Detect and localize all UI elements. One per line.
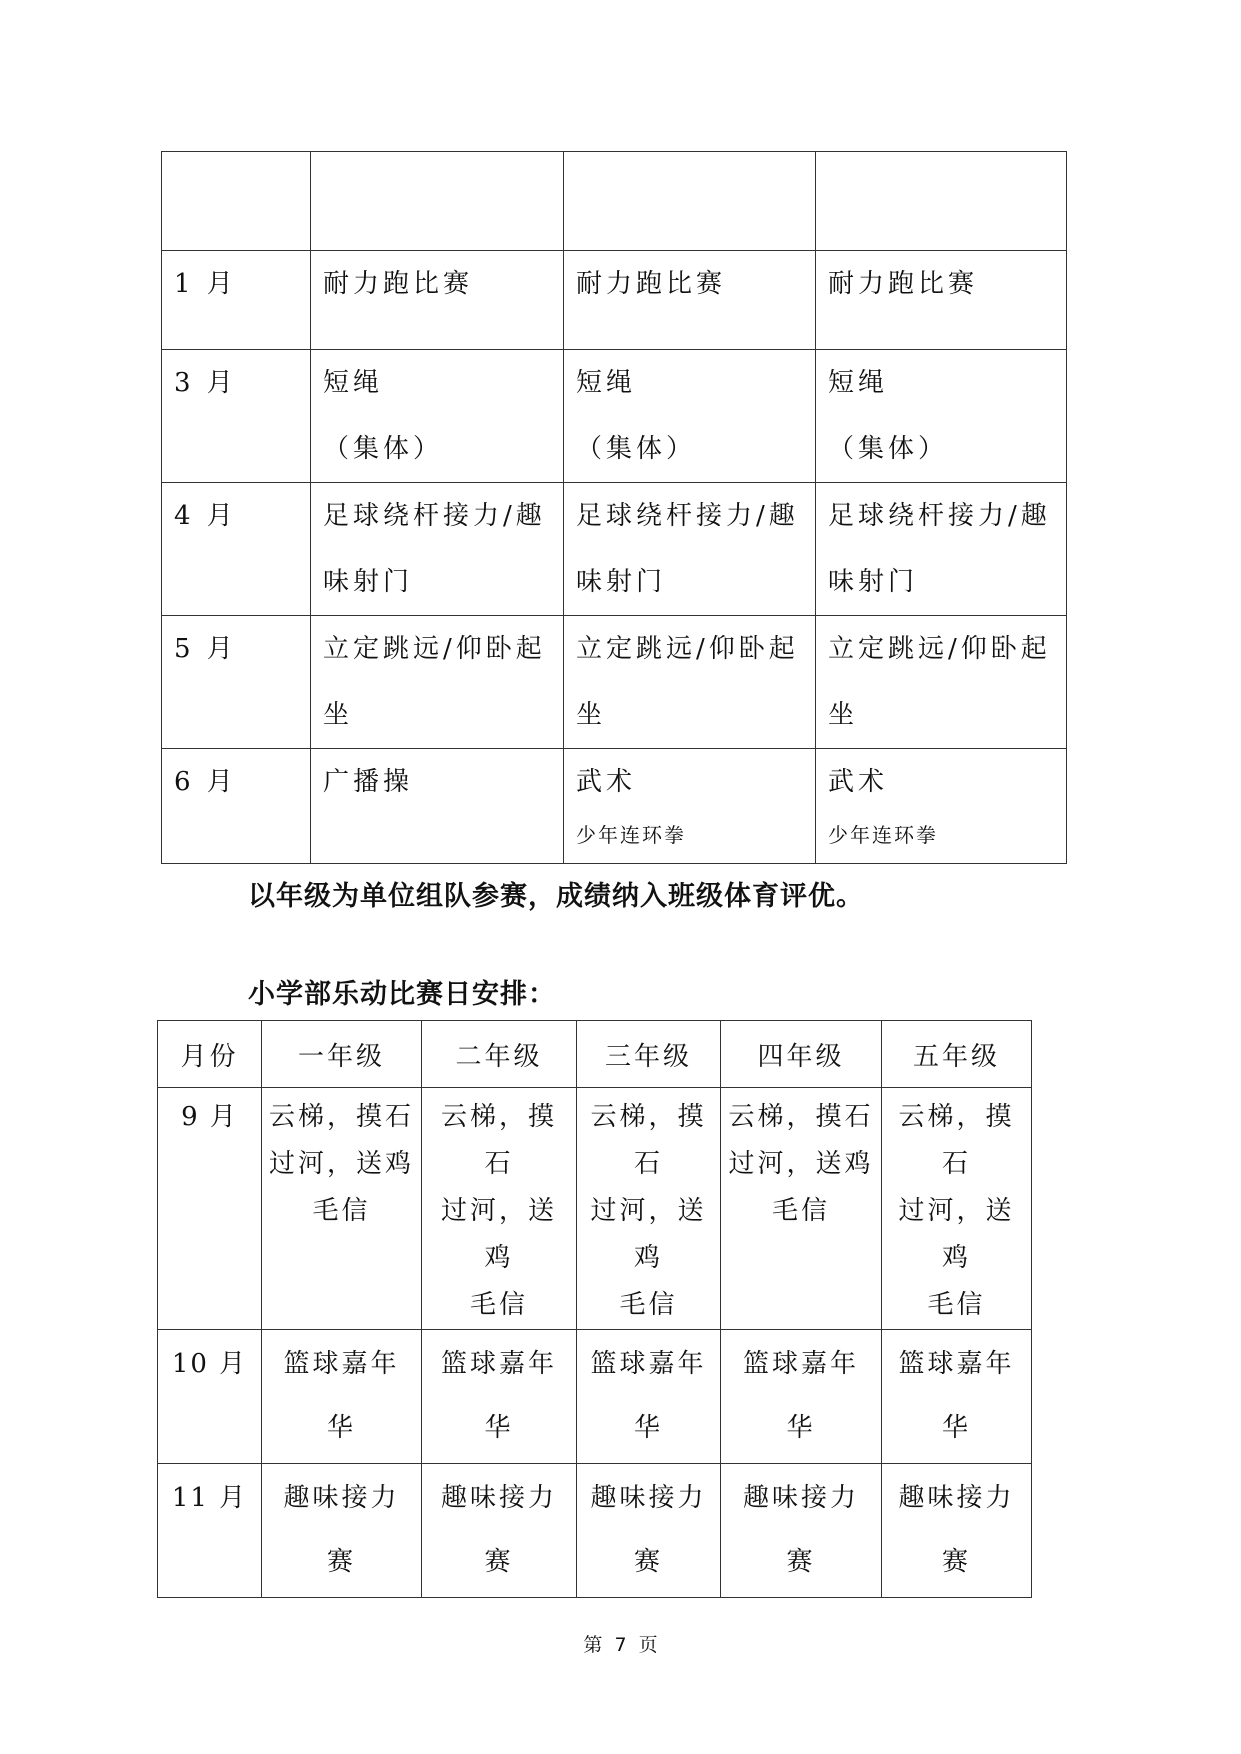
table-row xyxy=(162,152,1067,251)
cell-text: 云梯，摸石 xyxy=(727,1094,875,1141)
cell-text: 武术 xyxy=(576,749,815,815)
cell-text: 趣味接力 xyxy=(583,1466,714,1530)
cell-subtext: 少年连环拳 xyxy=(828,815,1066,855)
cell-text: （集体） xyxy=(323,416,563,482)
cell-text: 味射门 xyxy=(576,549,815,615)
cell-text: 华 xyxy=(268,1396,415,1460)
month-cell: 3 月 xyxy=(162,350,311,483)
cell-text: 味射门 xyxy=(828,549,1066,615)
cell-text: 武术 xyxy=(828,749,1066,815)
table-cell: 足球绕杆接力/趣味射门 xyxy=(564,483,816,616)
cell-text: 立定跳远/仰卧起 xyxy=(323,616,563,682)
cell-text: 云梯，摸石 xyxy=(583,1094,714,1188)
table-cell: 武术少年连环拳 xyxy=(564,749,816,864)
cell-text: 华 xyxy=(888,1396,1025,1460)
table-cell: 篮球嘉年华 xyxy=(262,1330,422,1464)
table-cell xyxy=(564,152,816,251)
page-number: 第 7 页 xyxy=(0,1630,1241,1657)
header-cell: 月份 xyxy=(158,1021,262,1088)
header-cell: 三年级 xyxy=(577,1021,721,1088)
cell-text: 趣味接力 xyxy=(727,1466,875,1530)
table-cell xyxy=(816,152,1067,251)
cell-text: 趣味接力 xyxy=(888,1466,1025,1530)
table-cell: 云梯，摸石过河，送鸡毛信 xyxy=(422,1088,577,1330)
month-cell: 6 月 xyxy=(162,749,311,864)
cell-text: 坐 xyxy=(828,682,1066,748)
table-cell xyxy=(162,152,311,251)
table-cell: 趣味接力赛 xyxy=(577,1464,721,1598)
cell-text: 趣味接力 xyxy=(268,1466,415,1530)
table-cell: 趣味接力赛 xyxy=(882,1464,1032,1598)
cell-text: 毛信 xyxy=(583,1282,714,1329)
cell-text: 足球绕杆接力/趣 xyxy=(576,483,815,549)
table-cell: 篮球嘉年华 xyxy=(422,1330,577,1464)
table-cell: 篮球嘉年华 xyxy=(882,1330,1032,1464)
cell-text: 毛信 xyxy=(268,1188,415,1235)
table-cell: 耐力跑比赛 xyxy=(564,251,816,350)
cell-text: 立定跳远/仰卧起 xyxy=(828,616,1066,682)
header-cell: 四年级 xyxy=(721,1021,882,1088)
table-row: 11 月 趣味接力赛 趣味接力赛 趣味接力赛 趣味接力赛 趣味接力赛 xyxy=(158,1464,1032,1598)
cell-text: 篮球嘉年 xyxy=(428,1332,570,1396)
cell-text: 广播操 xyxy=(323,749,563,815)
table-row: 4 月 足球绕杆接力/趣味射门 足球绕杆接力/趣味射门 足球绕杆接力/趣味射门 xyxy=(162,483,1067,616)
cell-text: 过河，送鸡 xyxy=(428,1188,570,1282)
table-cell: 立定跳远/仰卧起坐 xyxy=(816,616,1067,749)
cell-text: 坐 xyxy=(576,682,815,748)
cell-text: 味射门 xyxy=(323,549,563,615)
month-cell: 11 月 xyxy=(158,1464,262,1598)
cell-text: 云梯，摸石 xyxy=(268,1094,415,1141)
month-cell: 1 月 xyxy=(162,251,311,350)
cell-text: 赛 xyxy=(727,1530,875,1594)
table-cell: 立定跳远/仰卧起坐 xyxy=(564,616,816,749)
cell-text: 足球绕杆接力/趣 xyxy=(828,483,1066,549)
table-row: 9 月 云梯，摸石过河，送鸡毛信 云梯，摸石过河，送鸡毛信 云梯，摸石过河，送鸡… xyxy=(158,1088,1032,1330)
cell-text: 毛信 xyxy=(727,1188,875,1235)
cell-text: 过河，送鸡 xyxy=(583,1188,714,1282)
table-cell: 篮球嘉年华 xyxy=(721,1330,882,1464)
table-cell: 耐力跑比赛 xyxy=(311,251,564,350)
cell-text: （集体） xyxy=(576,416,815,482)
month-cell: 10 月 xyxy=(158,1330,262,1464)
table-cell: 短绳（集体） xyxy=(816,350,1067,483)
cell-text: 短绳 xyxy=(828,350,1066,416)
table-cell xyxy=(311,152,564,251)
table-cell: 短绳（集体） xyxy=(311,350,564,483)
table-cell: 武术少年连环拳 xyxy=(816,749,1067,864)
table-cell: 云梯，摸石过河，送鸡毛信 xyxy=(262,1088,422,1330)
cell-text: 短绳 xyxy=(323,350,563,416)
team-note: 以年级为单位组队参赛，成绩纳入班级体育评优。 xyxy=(248,874,864,913)
header-cell: 二年级 xyxy=(422,1021,577,1088)
cell-subtext: 少年连环拳 xyxy=(576,815,815,855)
table-cell: 趣味接力赛 xyxy=(262,1464,422,1598)
cell-text: 短绳 xyxy=(576,350,815,416)
table-cell: 足球绕杆接力/趣味射门 xyxy=(816,483,1067,616)
cell-text: 趣味接力 xyxy=(428,1466,570,1530)
cell-text: 耐力跑比赛 xyxy=(323,251,563,317)
cell-text: 篮球嘉年 xyxy=(268,1332,415,1396)
cell-text: 耐力跑比赛 xyxy=(576,251,815,317)
header-cell: 五年级 xyxy=(882,1021,1032,1088)
cell-text: 云梯，摸石 xyxy=(888,1094,1025,1188)
cell-text: 赛 xyxy=(428,1530,570,1594)
cell-text: 坐 xyxy=(323,682,563,748)
cell-text: （集体） xyxy=(828,416,1066,482)
month-cell: 9 月 xyxy=(158,1088,262,1330)
cell-text: 毛信 xyxy=(428,1282,570,1329)
monthly-competition-table: 1 月 耐力跑比赛 耐力跑比赛 耐力跑比赛 3 月 短绳（集体） 短绳（集体） … xyxy=(161,151,1067,864)
cell-text: 华 xyxy=(428,1396,570,1460)
cell-text: 篮球嘉年 xyxy=(727,1332,875,1396)
month-cell: 5 月 xyxy=(162,616,311,749)
table-row: 10 月 篮球嘉年华 篮球嘉年华 篮球嘉年华 篮球嘉年华 篮球嘉年华 xyxy=(158,1330,1032,1464)
table-row: 1 月 耐力跑比赛 耐力跑比赛 耐力跑比赛 xyxy=(162,251,1067,350)
table-row: 6 月 广播操 武术少年连环拳 武术少年连环拳 xyxy=(162,749,1067,864)
table-header-row: 月份 一年级 二年级 三年级 四年级 五年级 xyxy=(158,1021,1032,1088)
table-cell: 云梯，摸石过河，送鸡毛信 xyxy=(577,1088,721,1330)
cell-text: 赛 xyxy=(888,1530,1025,1594)
cell-text: 华 xyxy=(583,1396,714,1460)
cell-text: 立定跳远/仰卧起 xyxy=(576,616,815,682)
cell-text: 过河，送鸡 xyxy=(727,1141,875,1188)
table-cell: 立定跳远/仰卧起坐 xyxy=(311,616,564,749)
cell-text: 篮球嘉年 xyxy=(583,1332,714,1396)
table-row: 3 月 短绳（集体） 短绳（集体） 短绳（集体） xyxy=(162,350,1067,483)
month-cell: 4 月 xyxy=(162,483,311,616)
table-cell: 云梯，摸石过河，送鸡毛信 xyxy=(721,1088,882,1330)
section-heading: 小学部乐动比赛日安排： xyxy=(248,972,556,1011)
cell-text: 赛 xyxy=(583,1530,714,1594)
header-cell: 一年级 xyxy=(262,1021,422,1088)
cell-text: 华 xyxy=(727,1396,875,1460)
table-cell: 足球绕杆接力/趣味射门 xyxy=(311,483,564,616)
table-cell: 广播操 xyxy=(311,749,564,864)
table-cell: 短绳（集体） xyxy=(564,350,816,483)
cell-text: 云梯，摸石 xyxy=(428,1094,570,1188)
cell-text: 赛 xyxy=(268,1530,415,1594)
table-cell: 耐力跑比赛 xyxy=(816,251,1067,350)
cell-text: 足球绕杆接力/趣 xyxy=(323,483,563,549)
table-cell: 云梯，摸石过河，送鸡毛信 xyxy=(882,1088,1032,1330)
cell-text: 过河，送鸡 xyxy=(268,1141,415,1188)
cell-text: 耐力跑比赛 xyxy=(828,251,1066,317)
table-cell: 趣味接力赛 xyxy=(721,1464,882,1598)
table-cell: 趣味接力赛 xyxy=(422,1464,577,1598)
table-row: 5 月 立定跳远/仰卧起坐 立定跳远/仰卧起坐 立定跳远/仰卧起坐 xyxy=(162,616,1067,749)
cell-text: 篮球嘉年 xyxy=(888,1332,1025,1396)
primary-schedule-table: 月份 一年级 二年级 三年级 四年级 五年级 9 月 云梯，摸石过河，送鸡毛信 … xyxy=(157,1020,1032,1598)
table-cell: 篮球嘉年华 xyxy=(577,1330,721,1464)
cell-text: 毛信 xyxy=(888,1282,1025,1329)
cell-text: 过河，送鸡 xyxy=(888,1188,1025,1282)
